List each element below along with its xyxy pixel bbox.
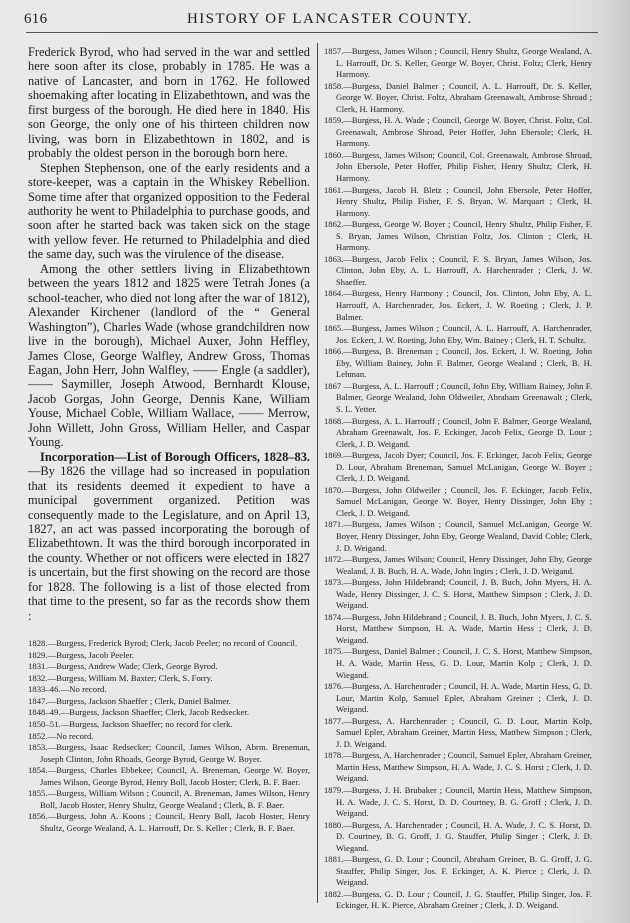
entry-year: 1871. — [324, 519, 343, 529]
officer-entry: 1876.—Burgess, A. Harchenrader ; Council… — [324, 681, 592, 716]
entry-text: —Burgess, A. Harchenrader ; Council, G. … — [336, 716, 592, 749]
section-incorporation: Incorporation—List of Borough Officers, … — [28, 450, 310, 623]
officer-entry: 1856.—Burgess, John A. Koons ; Council, … — [28, 811, 310, 834]
officer-entry: 1878.—Burgess, A. Harchenrader ; Council… — [324, 750, 592, 785]
entry-year: 1847. — [28, 696, 48, 706]
entry-text: —Burgess, Henry Harmony ; Council, Jos. … — [336, 288, 592, 321]
section-heading: Incorporation—List of Borough Officers, … — [40, 450, 310, 464]
officer-entry: 1847.—Burgess, Jackson Shaeffer ; Clerk,… — [28, 696, 310, 708]
right-column: 1857.—Burgess, James Wilson ; Council, H… — [324, 46, 592, 912]
entry-year: 1833–46. — [28, 684, 61, 694]
entry-text: —No record. — [48, 731, 94, 741]
entry-year: 1866. — [324, 346, 343, 356]
paragraph-frederick-byrod: Frederick Byrod, who had served in the w… — [28, 45, 310, 161]
book-page: 616 HISTORY OF LANCASTER COUNTY. Frederi… — [0, 0, 630, 923]
header-rule — [26, 32, 598, 33]
officer-entry: 1879.—Burgess, J. H. Brubaker ; Council,… — [324, 785, 592, 820]
officer-entry: 1867 —Burgess, A. L. Harrouff ; Council,… — [324, 381, 592, 416]
entry-text: —Burgess, John Hildebrand ; Council, J. … — [336, 612, 592, 645]
officer-entry: 1875.—Burgess, Daniel Balmer ; Council, … — [324, 646, 592, 681]
entry-text: —Burgess, G. D. Lour ; Council, Abraham … — [336, 854, 592, 887]
entry-year: 1856. — [28, 811, 48, 821]
officers-list-left: 1828.—Burgess, Frederick Byrod; Clerk, J… — [28, 638, 310, 834]
entry-year: 1882. — [324, 889, 343, 899]
entry-year: 1848–49. — [28, 707, 61, 717]
officer-entry: 1874.—Burgess, John Hildebrand ; Council… — [324, 612, 592, 647]
officer-entry: 1832.—Burgess, William M. Baxter; Clerk,… — [28, 673, 310, 685]
running-title: HISTORY OF LANCASTER COUNTY. — [187, 11, 473, 28]
entry-text: —Burgess, Jacob H. Bletz ; Council, John… — [336, 185, 592, 218]
entry-year: 1867 — [324, 381, 341, 391]
entry-text: —Burgess, G. D. Lour ; Council, J. G. St… — [336, 889, 592, 911]
officer-entry: 1871.—Burgess, James Wilson ; Council, S… — [324, 519, 592, 554]
officer-entry: 1831.—Burgess, Andrew Wade; Clerk, Georg… — [28, 661, 310, 673]
entry-text: —Burgess, A. Harchenrader ; Council, H. … — [336, 820, 592, 853]
entry-year: 1855. — [28, 788, 48, 798]
entry-text: —Burgess, Daniel Balmer ; Council, A. L.… — [336, 81, 592, 114]
officer-entry: 1857.—Burgess, James Wilson ; Council, H… — [324, 46, 592, 81]
entry-year: 1872. — [324, 554, 343, 564]
entry-year: 1869. — [324, 450, 343, 460]
officer-entry: 1865.—Burgess, James Wilson ; Council, A… — [324, 323, 592, 346]
officer-entry: 1853.—Burgess, Isaac Redsecker; Council,… — [28, 742, 310, 765]
entry-text: —Burgess, Daniel Balmer ; Council, J. C.… — [336, 646, 592, 679]
officer-entry: 1860.—Burgess, James Wilson; Council, Co… — [324, 150, 592, 185]
entry-year: 1874. — [324, 612, 343, 622]
entry-year: 1870. — [324, 485, 343, 495]
paragraph-other-settlers: Among the other settlers living in Eliza… — [28, 262, 310, 450]
entry-text: —Burgess, John Hildebrand; Council, J. B… — [336, 577, 592, 610]
entry-year: 1850–51. — [28, 719, 61, 729]
entry-text: —Burgess, J. H. Brubaker ; Council, Mart… — [336, 785, 592, 818]
entry-year: 1858. — [324, 81, 343, 91]
entry-text: —No record. — [61, 684, 107, 694]
officer-entry: 1862.—Burgess, George W. Boyer ; Council… — [324, 219, 592, 254]
officer-entry: 1882.—Burgess, G. D. Lour ; Council, J. … — [324, 889, 592, 912]
officer-entry: 1858.—Burgess, Daniel Balmer ; Council, … — [324, 81, 592, 116]
officer-entry: 1872.—Burgess, James Wilson; Council, He… — [324, 554, 592, 577]
entry-text: —Burgess, Isaac Redsecker; Council, Jame… — [40, 742, 310, 764]
entry-text: —Burgess, William M. Baxter; Clerk, S. F… — [48, 673, 213, 683]
entry-text: —Burgess, John A. Koons ; Council, Henry… — [40, 811, 310, 833]
entry-year: 1875. — [324, 646, 343, 656]
entry-year: 1865. — [324, 323, 343, 333]
entry-year: 1878. — [324, 750, 343, 760]
entry-year: 1861. — [324, 185, 343, 195]
officer-entry: 1833–46.—No record. — [28, 684, 310, 696]
officer-entry: 1852.—No record. — [28, 731, 310, 743]
entry-year: 1881. — [324, 854, 343, 864]
entry-year: 1859. — [324, 115, 343, 125]
entry-year: 1829. — [28, 650, 48, 660]
entry-year: 1828. — [28, 638, 48, 648]
entry-text: —Burgess, James Wilson; Council, Henry D… — [336, 554, 592, 576]
officer-entry: 1859.—Burgess, H. A. Wade ; Council, Geo… — [324, 115, 592, 150]
entry-text: —Burgess, Frederick Byrod; Clerk, Jacob … — [48, 638, 298, 648]
entry-year: 1880. — [324, 820, 343, 830]
officer-entry: 1864.—Burgess, Henry Harmony ; Council, … — [324, 288, 592, 323]
entry-year: 1854. — [28, 765, 48, 775]
officer-entry: 1880.—Burgess, A. Harchenrader ; Council… — [324, 820, 592, 855]
entry-year: 1877. — [324, 716, 343, 726]
entry-text: —Burgess, John Oldweiler ; Council, Jos.… — [336, 485, 592, 518]
entry-year: 1863. — [324, 254, 343, 264]
entry-text: —Burgess, James Wilson; Council, Col. Gr… — [336, 150, 592, 183]
officer-entry: 1873.—Burgess, John Hildebrand; Council,… — [324, 577, 592, 612]
entry-text: —Burgess, A. Harchenrader ; Council, H. … — [336, 681, 592, 714]
officer-entry: 1828.—Burgess, Frederick Byrod; Clerk, J… — [28, 638, 310, 650]
officer-entry: 1866.—Burgess, B. Breneman ; Council, Jo… — [324, 346, 592, 381]
officer-entry: 1877.—Burgess, A. Harchenrader ; Council… — [324, 716, 592, 751]
entry-year: 1852. — [28, 731, 48, 741]
entry-year: 1864. — [324, 288, 343, 298]
column-divider — [317, 43, 318, 903]
officer-entry: 1881.—Burgess, G. D. Lour ; Council, Abr… — [324, 854, 592, 889]
officer-entry: 1868.—Burgess, A. L. Harrouff ; Council,… — [324, 416, 592, 451]
paragraph-stephen-stephenson: Stephen Stephenson, one of the early res… — [28, 161, 310, 262]
entry-year: 1832. — [28, 673, 48, 683]
entry-year: 1873. — [324, 577, 343, 587]
officer-entry: 1861.—Burgess, Jacob H. Bletz ; Council,… — [324, 185, 592, 220]
entry-year: 1868. — [324, 416, 343, 426]
entry-year: 1860. — [324, 150, 343, 160]
entry-year: 1879. — [324, 785, 343, 795]
entry-text: —Burgess, James Wilson ; Council, Samuel… — [336, 519, 592, 552]
officer-entry: 1848–49.—Burgess, Jackson Shaeffer; Cler… — [28, 707, 310, 719]
section-body: —By 1826 the village had so increased in… — [28, 464, 310, 623]
entry-text: —Burgess, A. L. Harrouff ; Council, John… — [336, 416, 592, 449]
left-column: Frederick Byrod, who had served in the w… — [28, 45, 310, 834]
entry-text: —Burgess, Jacob Peeler. — [48, 650, 134, 660]
entry-text: —Burgess, A. L. Harrouff ; Council, John… — [336, 381, 592, 414]
entry-text: —Burgess, George W. Boyer ; Council, Hen… — [336, 219, 592, 252]
officer-entry: 1854.—Burgess, Charles Ebbekee; Council,… — [28, 765, 310, 788]
entry-text: —Burgess, Jackson Shaeffer; no record fo… — [61, 719, 233, 729]
entry-year: 1857. — [324, 46, 343, 56]
entry-year: 1862. — [324, 219, 343, 229]
officer-entry: 1850–51.—Burgess, Jackson Shaeffer; no r… — [28, 719, 310, 731]
officer-entry: 1829.—Burgess, Jacob Peeler. — [28, 650, 310, 662]
page-number: 616 — [24, 11, 47, 28]
entry-text: —Burgess, Charles Ebbekee; Council, A. B… — [40, 765, 310, 787]
officer-entry: 1870.—Burgess, John Oldweiler ; Council,… — [324, 485, 592, 520]
entry-text: —Burgess, Jacob Felix ; Council, F. S. B… — [336, 254, 592, 287]
entry-text: —Burgess, Jackson Shaeffer ; Clerk, Dani… — [48, 696, 231, 706]
entry-text: —Burgess, Jacob Dyer; Council, Jos. F. E… — [336, 450, 592, 483]
entry-year: 1876. — [324, 681, 343, 691]
entry-text: —Burgess, H. A. Wade ; Council, George W… — [336, 115, 592, 148]
entry-year: 1831. — [28, 661, 48, 671]
page-header: 616 HISTORY OF LANCASTER COUNTY. — [24, 11, 609, 31]
entry-year: 1853. — [28, 742, 48, 752]
entry-text: —Burgess, William Wilson ; Council, A. B… — [40, 788, 310, 810]
officer-entry: 1869.—Burgess, Jacob Dyer; Council, Jos.… — [324, 450, 592, 485]
entry-text: —Burgess, James Wilson ; Council, A. L. … — [336, 323, 592, 345]
entry-text: —Burgess, Jackson Shaeffer; Clerk, Jacob… — [61, 707, 249, 717]
entry-text: —Burgess, James Wilson ; Council, Henry … — [336, 46, 592, 79]
officer-entry: 1855.—Burgess, William Wilson ; Council,… — [28, 788, 310, 811]
entry-text: —Burgess, A. Harchenrader ; Council, Sam… — [336, 750, 592, 783]
entry-text: —Burgess, Andrew Wade; Clerk, George Byr… — [48, 661, 218, 671]
entry-text: —Burgess, B. Breneman ; Council, Jos. Ec… — [336, 346, 592, 379]
officer-entry: 1863.—Burgess, Jacob Felix ; Council, F.… — [324, 254, 592, 289]
